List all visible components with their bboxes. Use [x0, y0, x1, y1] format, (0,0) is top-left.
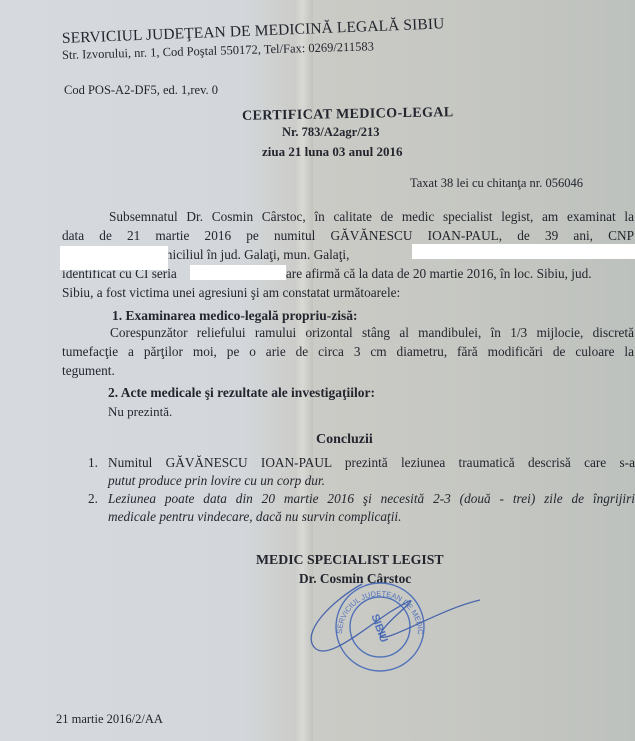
certificate-number: Nr. 783/A2agr/213: [282, 125, 379, 140]
section-2-line-1: Nu prezintă.: [108, 404, 172, 420]
conclusion-2-line-2: medicale pentru vindecare, dacă nu survi…: [108, 509, 401, 525]
official-stamp-icon: SERVICIUL JUDEŢEAN DE MEDICINĂ LEGALĂ SI…: [300, 572, 480, 682]
certificate-title: CERTIFICAT MEDICO-LEGAL: [242, 105, 454, 125]
intro-line-2: data de 21 martie 2016 pe numitul GĂVĂNE…: [62, 228, 634, 244]
conclusion-2-number: 2.: [88, 491, 98, 507]
document-page: SERVICIUL JUDEŢEAN DE MEDICINĂ LEGALĂ SI…: [0, 0, 635, 741]
section-1-line-1: Corespunzător reliefului ramului orizont…: [110, 325, 634, 341]
footer-reference: 21 martie 2016/2/AA: [56, 712, 163, 727]
conclusion-1-number: 1.: [88, 455, 98, 471]
redaction-box-cnp: [60, 246, 168, 270]
conclusion-1-line-1: Numitul GĂVĂNESCU IOAN-PAUL prezintă lez…: [108, 455, 635, 471]
intro-line-1: Subsemnatul Dr. Cosmin Cârstoc, în calit…: [62, 209, 634, 225]
redaction-box-id: [190, 265, 286, 280]
intro-line-5: Sibiu, a fost victima unei agresiuni şi …: [62, 285, 634, 301]
conclusion-1-line-2: putut produce prin lovire cu un corp dur…: [108, 473, 325, 489]
intro-line-4b: care afirmă că la data de 20 martie 2016…: [280, 266, 592, 282]
section-2-heading: 2. Acte medicale şi rezultate ale invest…: [108, 385, 375, 401]
svg-text:SERVICIUL JUDEŢEAN DE MEDICINĂ: SERVICIUL JUDEŢEAN DE MEDICINĂ LEGALĂ: [300, 572, 425, 635]
conclusion-2-line-1: Leziunea poate data din 20 martie 2016 ş…: [108, 491, 635, 507]
fee-line: Taxat 38 lei cu chitanţa nr. 056046: [410, 176, 583, 191]
svg-text:SIBIU: SIBIU: [368, 613, 389, 645]
section-1-heading: 1. Examinarea medico-legală propriu-zisă…: [112, 308, 357, 324]
section-1-line-2: tumefacţie a părţilor moi, pe o arie de …: [62, 344, 634, 360]
conclusions-heading: Concluzii: [316, 432, 373, 448]
redaction-box-address: [412, 244, 635, 259]
form-code: Cod POS-A2-DF5, ed. 1,rev. 0: [64, 83, 218, 98]
section-1-line-3: tegument.: [62, 363, 115, 379]
signature-role: MEDIC SPECIALIST LEGIST: [256, 552, 444, 568]
certificate-date: ziua 21 luna 03 anul 2016: [262, 144, 403, 160]
